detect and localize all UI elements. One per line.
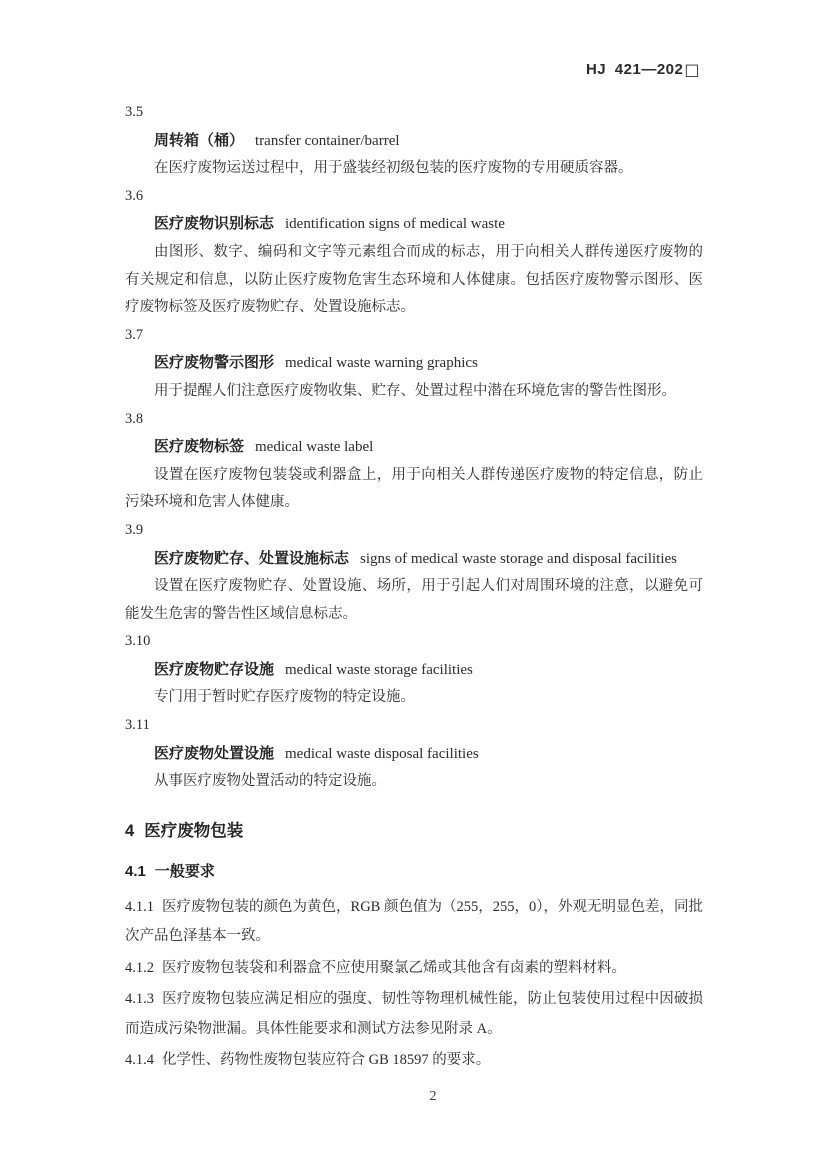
term-section-3-7: 3.7 医疗废物警示图形medical waste warning graphi… <box>125 322 703 406</box>
section-number: 3.8 <box>125 406 703 434</box>
page-footer: 2 <box>0 1089 826 1105</box>
term-line: 医疗废物标签medical waste label <box>125 433 703 462</box>
term-english: medical waste storage facilities <box>285 662 473 678</box>
term-english: medical waste label <box>255 439 373 455</box>
section-number: 3.9 <box>125 517 703 545</box>
term-chinese: 医疗废物处置设施 <box>154 745 274 762</box>
doc-code: HJ 421—202 <box>586 61 683 78</box>
term-chinese: 医疗废物识别标志 <box>154 215 274 232</box>
term-line: 周转箱（桶）transfer container/barrel <box>125 127 703 156</box>
term-line: 医疗废物贮存、处置设施标志signs of medical waste stor… <box>125 545 703 574</box>
clause-text: 医疗废物包装袋和利器盒不应使用聚氯乙烯或其他含有卤素的塑料材料。 <box>162 960 626 976</box>
clause-text: 医疗废物包装的颜色为黄色，RGB 颜色值为（255，255，0），外观无明显色差… <box>125 899 703 945</box>
subsection-number: 4.1 <box>125 863 146 880</box>
section-number: 3.10 <box>125 628 703 656</box>
term-chinese: 周转箱（桶） <box>154 132 244 149</box>
clause-4-1-1: 4.1.1医疗废物包装的颜色为黄色，RGB 颜色值为（255，255，0），外观… <box>125 893 703 952</box>
clause-4-1-3: 4.1.3医疗废物包装应满足相应的强度、韧性等物理机械性能，防止包装使用过程中因… <box>125 985 703 1044</box>
term-section-3-8: 3.8 医疗废物标签medical waste label 设置在医疗废物包装袋… <box>125 406 703 517</box>
term-line: 医疗废物贮存设施medical waste storage facilities <box>125 656 703 685</box>
term-chinese: 医疗废物警示图形 <box>154 354 274 371</box>
clause-number: 4.1.3 <box>125 991 154 1007</box>
term-section-3-10: 3.10 医疗废物贮存设施medical waste storage facil… <box>125 628 703 712</box>
term-chinese: 医疗废物贮存、处置设施标志 <box>154 550 349 567</box>
term-english: medical waste disposal facilities <box>285 746 479 762</box>
subsection-heading: 4.1一般要求 <box>125 858 703 886</box>
chapter-number: 4 <box>125 822 134 840</box>
chapter-4: 4医疗废物包装 4.1一般要求 4.1.1医疗废物包装的颜色为黄色，RGB 颜色… <box>125 817 703 1076</box>
term-chinese: 医疗废物贮存设施 <box>154 661 274 678</box>
term-section-3-5: 3.5 周转箱（桶）transfer container/barrel 在医疗废… <box>125 99 703 183</box>
term-definition: 用于提醒人们注意医疗废物收集、贮存、处置过程中潜在环境危害的警告性图形。 <box>125 378 703 406</box>
section-number: 3.5 <box>125 99 703 127</box>
term-section-3-11: 3.11 医疗废物处置设施medical waste disposal faci… <box>125 712 703 796</box>
section-number: 3.6 <box>125 183 703 211</box>
clause-4-1-4: 4.1.4化学性、药物性废物包装应符合 GB 18597 的要求。 <box>125 1046 703 1076</box>
term-english: identification signs of medical waste <box>285 216 505 232</box>
term-line: 医疗废物识别标志identification signs of medical … <box>125 210 703 239</box>
page-content: 3.5 周转箱（桶）transfer container/barrel 在医疗废… <box>125 99 703 1076</box>
term-definition: 设置在医疗废物贮存、处置设施、场所，用于引起人们对周围环境的注意，以避免可能发生… <box>125 573 703 628</box>
term-english: transfer container/barrel <box>255 133 400 149</box>
term-line: 医疗废物警示图形medical waste warning graphics <box>125 349 703 378</box>
term-section-3-6: 3.6 医疗废物识别标志identification signs of medi… <box>125 183 703 322</box>
term-chinese: 医疗废物标签 <box>154 438 244 455</box>
term-definition: 从事医疗废物处置活动的特定设施。 <box>125 768 703 796</box>
running-header: HJ 421—202□ <box>0 0 826 79</box>
term-line: 医疗废物处置设施medical waste disposal facilitie… <box>125 740 703 769</box>
clause-4-1-2: 4.1.2医疗废物包装袋和利器盒不应使用聚氯乙烯或其他含有卤素的塑料材料。 <box>125 954 703 984</box>
term-definition: 设置在医疗废物包装袋或利器盒上，用于向相关人群传递医疗废物的特定信息，防止污染环… <box>125 462 703 517</box>
term-section-3-9: 3.9 医疗废物贮存、处置设施标志signs of medical waste … <box>125 517 703 628</box>
section-number: 3.7 <box>125 322 703 350</box>
page-number: 2 <box>430 1089 437 1104</box>
document-page: HJ 421—202□ 3.5 周转箱（桶）transfer container… <box>0 0 826 1169</box>
term-english: signs of medical waste storage and dispo… <box>360 551 677 567</box>
term-definition: 专门用于暂时贮存医疗废物的特定设施。 <box>125 684 703 712</box>
clause-number: 4.1.4 <box>125 1052 154 1068</box>
term-definition: 在医疗废物运送过程中，用于盛装经初级包装的医疗废物的专用硬质容器。 <box>125 155 703 183</box>
term-definition: 由图形、数字、编码和文字等元素组合而成的标志，用于向相关人群传递医疗废物的有关规… <box>125 239 703 322</box>
clause-text: 医疗废物包装应满足相应的强度、韧性等物理机械性能，防止包装使用过程中因破损而造成… <box>125 991 703 1037</box>
section-number: 3.11 <box>125 712 703 740</box>
chapter-title: 医疗废物包装 <box>144 822 243 840</box>
term-english: medical waste warning graphics <box>285 355 478 371</box>
subsection-title: 一般要求 <box>155 863 215 880</box>
clause-number: 4.1.2 <box>125 960 154 976</box>
clause-number: 4.1.1 <box>125 899 154 915</box>
chapter-heading: 4医疗废物包装 <box>125 817 703 845</box>
clause-text: 化学性、药物性废物包装应符合 GB 18597 的要求。 <box>162 1052 490 1068</box>
year-placeholder-box: □ <box>684 60 700 79</box>
